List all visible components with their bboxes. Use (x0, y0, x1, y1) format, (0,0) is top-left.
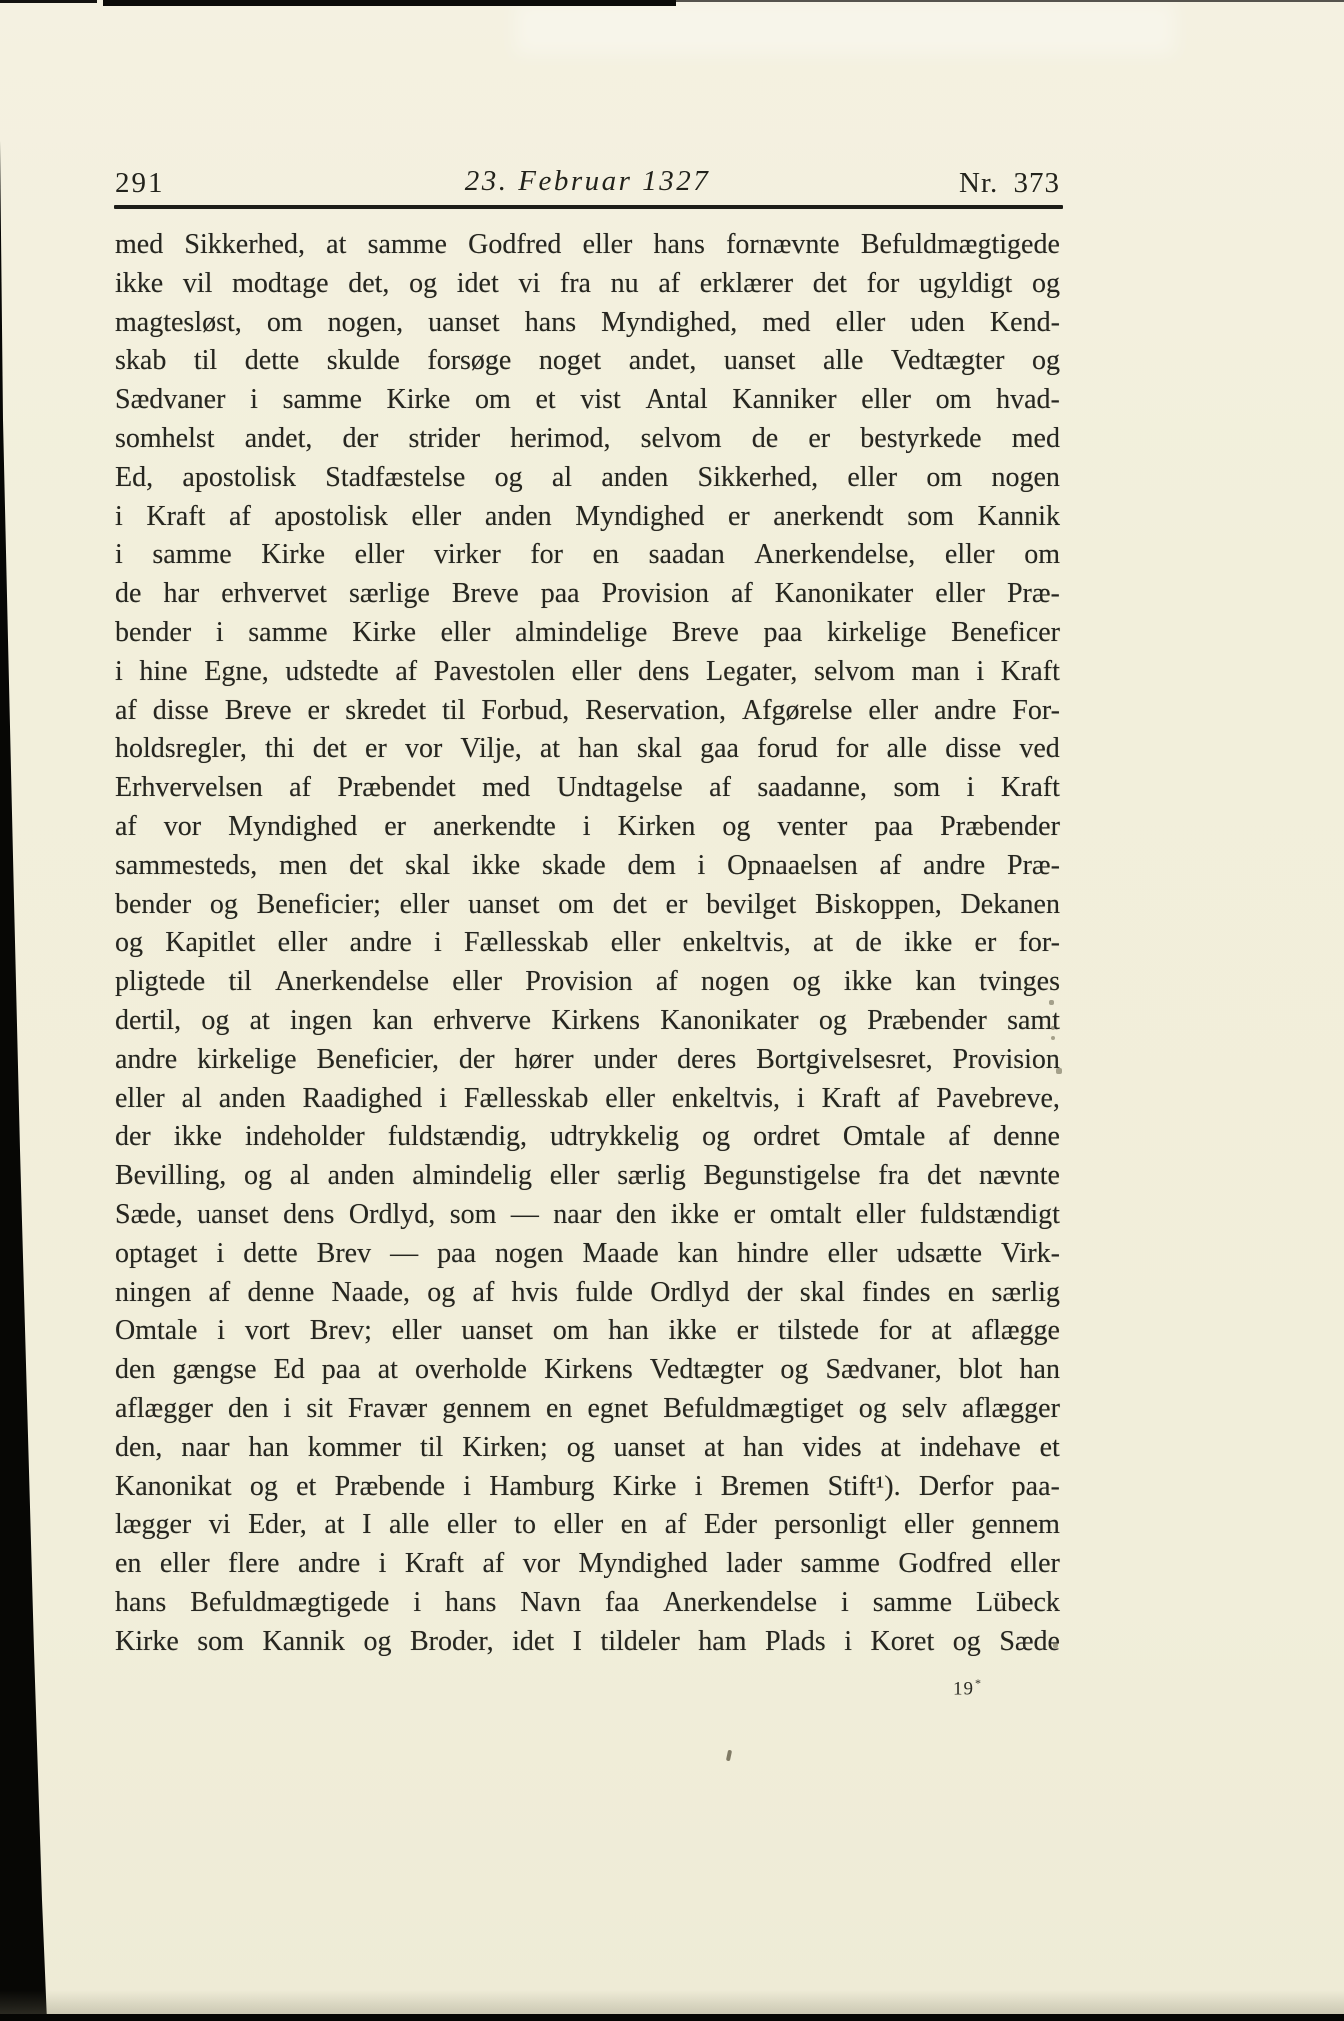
text-line: iKraftafapostoliskellerandenMyndighedera… (115, 498, 1060, 537)
scan-bottom-shadow (0, 1990, 1344, 2014)
scan-light-band (515, 2, 1175, 54)
text-line: somhelstandet,derstriderherimod,selvomde… (115, 420, 1060, 459)
ink-speck (1049, 1000, 1054, 1005)
document-body: medSikkerhed,atsammeGodfredellerhansforn… (115, 226, 1060, 1661)
text-line: ikkevilmodtagedet,ogidetvifranuaferklære… (115, 265, 1060, 304)
text-line: dertil,ogatingenkanerhverveKirkensKanoni… (115, 1002, 1060, 1041)
text-line: elleralandenRaadighediFællesskabellerenk… (115, 1080, 1060, 1119)
text-line: aflæggerdenisitFraværgennemenegnetBefuld… (115, 1390, 1060, 1429)
text-line: magtesløst,omnogen,uansethansMyndighed,m… (115, 304, 1060, 343)
text-line: afdisseBreveerskredettilForbud,Reservati… (115, 692, 1060, 731)
text-line: hansBefuldmægtigedeihansNavnfaaAnerkende… (115, 1584, 1060, 1623)
text-line: OmtaleivortBrev;elleruansetomhanikkeerti… (115, 1312, 1060, 1351)
header-date: 23. Februar 1327 (465, 165, 710, 198)
text-line: læggerviEder,atIalleellertoellerenafEder… (115, 1506, 1060, 1545)
text-line: andrekirkeligeBeneficier,derhørerunderde… (115, 1041, 1060, 1080)
text-line: benderisammeKirkeelleralmindeligeBrevepa… (115, 614, 1060, 653)
text-line: ningenafdenneNaade,ogafhvisfuldeOrdlydde… (115, 1274, 1060, 1313)
page-number: 291 (115, 167, 165, 200)
scan-top-edge (0, 0, 97, 3)
signature-asterisk: * (975, 1676, 982, 1690)
page-paper: 291 23. Februar 1327 Nr. 373 medSikkerhe… (0, 0, 1344, 2021)
text-line: optagetidetteBrev—paanogenMaadekanhindre… (115, 1235, 1060, 1274)
text-line: pligtedetilAnerkendelseellerProvisionafn… (115, 963, 1060, 1002)
signature-number: 19 (953, 1678, 974, 1699)
text-line: dengængseEdpaaatoverholdeKirkensVedtægte… (115, 1351, 1060, 1390)
header-rule (114, 205, 1063, 209)
ink-speck (726, 1750, 732, 1762)
text-line: Bevilling,ogalandenalmindeligellersærlig… (115, 1157, 1060, 1196)
text-line: sammesteds,mendetskalikkeskadedemiOpnaae… (115, 847, 1060, 886)
text-line: deharerhvervetsærligeBrevepaaProvisionaf… (115, 575, 1060, 614)
printer-signature: 19* (953, 1676, 982, 1700)
text-line: holdsregler,thidetervorVilje,athanskalga… (115, 730, 1060, 769)
text-line: ogKapitletellerandreiFællesskabellerenke… (115, 924, 1060, 963)
text-line: enellerflereandreiKraftafvorMyndighedlad… (115, 1545, 1060, 1584)
ink-speck (1051, 1026, 1055, 1030)
scan-top-edge (676, 0, 1344, 2)
text-line: den,naarhankommertilKirken;oguansetathan… (115, 1429, 1060, 1468)
ink-speck (1056, 1068, 1062, 1074)
text-line: derikkeindeholderfuldstændig,udtrykkelig… (115, 1118, 1060, 1157)
text-line: ihineEgne,udstedteafPavestolenellerdensL… (115, 653, 1060, 692)
scan-bottom-edge (0, 2014, 1344, 2021)
ink-speck (1053, 1643, 1058, 1648)
text-line: benderogBeneficier;elleruansetomdeterbev… (115, 886, 1060, 925)
text-line: KanonikatogetPræbendeiHamburgKirkeiBreme… (115, 1468, 1060, 1507)
text-line: afvorMyndighederanerkendteiKirkenogvente… (115, 808, 1060, 847)
scan-top-edge (103, 0, 676, 6)
text-line: skabtildetteskuldeforsøgenogetandet,uans… (115, 342, 1060, 381)
text-line: Ed,apostoliskStadfæstelseogalandenSikker… (115, 459, 1060, 498)
text-line: isammeKirkeellervirkerforensaadanAnerken… (115, 536, 1060, 575)
ink-speck (1051, 1036, 1055, 1040)
text-line: KirkesomKannikogBroder,idetItildelerhamP… (115, 1623, 1060, 1662)
text-line: Sæde,uansetdensOrdlyd,som—naardenikkeero… (115, 1196, 1060, 1235)
text-line: medSikkerhed,atsammeGodfredellerhansforn… (115, 226, 1060, 265)
text-line: SædvanerisammeKirkeometvistAntalKanniker… (115, 381, 1060, 420)
document-number: Nr. 373 (959, 167, 1060, 200)
text-line: ErhvervelsenafPræbendetmedUndtagelseafsa… (115, 769, 1060, 808)
page-header: 291 23. Februar 1327 Nr. 373 (115, 167, 1060, 205)
